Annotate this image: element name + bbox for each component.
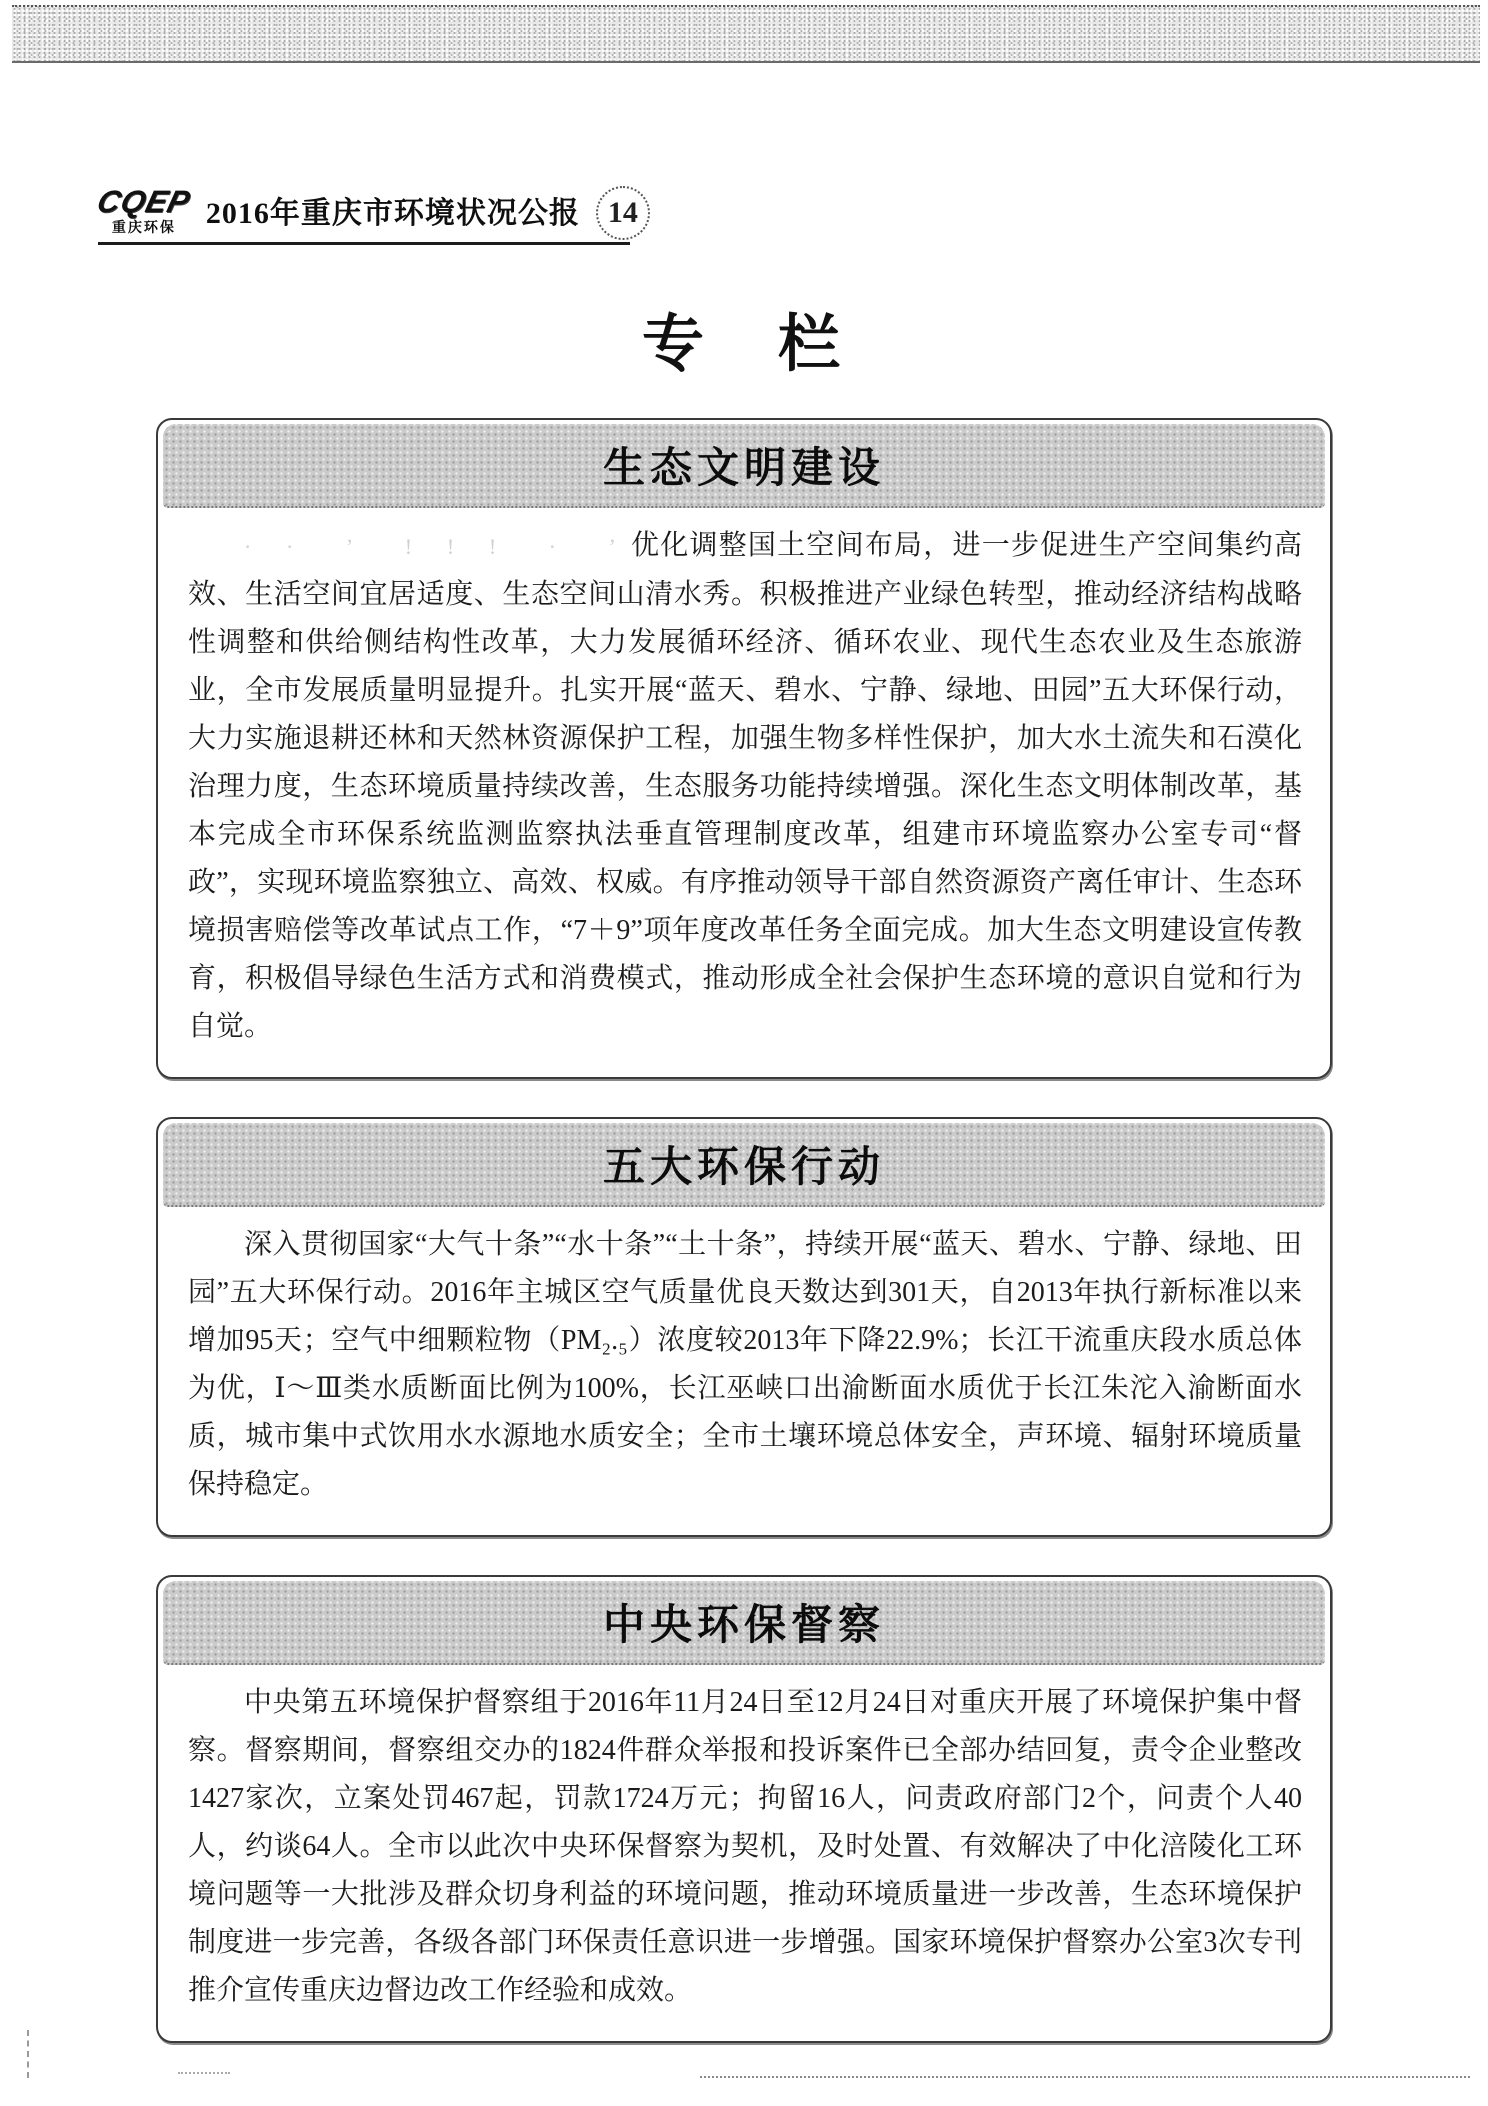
scan-noise-band <box>12 5 1480 63</box>
page-number-badge: 14 <box>596 186 650 240</box>
section-body: · · ’ ! ! ! · ’优化调整国土空间布局，进一步促进生产空间集约高效、… <box>158 508 1330 1077</box>
page-content: 专 栏 生态文明建设 · · ’ ! ! ! · ’优化调整国土空间布局，进一步… <box>0 306 1488 2081</box>
section-title: 生态文明建设 <box>603 435 885 495</box>
section-paragraph: 深入贯彻国家“大气十条”“水十条”“土十条”，持续开展“蓝天、碧水、宁静、绿地、… <box>188 1221 1302 1509</box>
report-title: 2016年重庆市环境状况公报 <box>206 188 580 232</box>
faded-scan-text: · · ’ ! ! ! · ’ <box>244 534 630 559</box>
section-title: 中央环保督察 <box>603 1592 885 1652</box>
section-header-bar: 五大环保行动 <box>163 1123 1325 1207</box>
logo-subtext: 重庆环保 <box>112 220 176 234</box>
section-body: 中央第五环境保护督察组于2016年11月24日至12月24日对重庆开展了环境保护… <box>158 1665 1330 2041</box>
section-paragraph: 中央第五环境保护督察组于2016年11月24日至12月24日对重庆开展了环境保护… <box>188 1679 1302 2015</box>
section-card-five-actions: 五大环保行动 深入贯彻国家“大气十条”“水十条”“土十条”，持续开展“蓝天、碧水… <box>156 1117 1332 1537</box>
section-title: 五大环保行动 <box>603 1134 885 1194</box>
page-number: 14 <box>608 196 638 230</box>
section-header-bar: 中央环保督察 <box>163 1581 1325 1665</box>
paragraph-text: 优化调整国土空间布局，进一步促进生产空间集约高效、生活空间宜居适度、生态空间山清… <box>188 530 1302 1042</box>
section-card-central-inspection: 中央环保督察 中央第五环境保护督察组于2016年11月24日至12月24日对重庆… <box>156 1575 1332 2043</box>
cqep-logo: CQEP 重庆环保 <box>98 186 190 234</box>
page-title: 专 栏 <box>0 306 1488 384</box>
section-card-ecological-civilization: 生态文明建设 · · ’ ! ! ! · ’优化调整国土空间布局，进一步促进生产… <box>156 418 1332 1079</box>
section-header-bar: 生态文明建设 <box>163 424 1325 508</box>
scan-artifact-bottom <box>700 2076 1470 2078</box>
logo-text: CQEP <box>94 186 194 217</box>
scan-artifact-left <box>27 2030 29 2078</box>
scan-artifact-dots <box>178 2072 230 2074</box>
page-header: CQEP 重庆环保 2016年重庆市环境状况公报 14 <box>98 186 630 245</box>
section-body: 深入贯彻国家“大气十条”“水十条”“土十条”，持续开展“蓝天、碧水、宁静、绿地、… <box>158 1207 1330 1535</box>
section-paragraph: · · ’ ! ! ! · ’优化调整国土空间布局，进一步促进生产空间集约高效、… <box>188 522 1302 1051</box>
